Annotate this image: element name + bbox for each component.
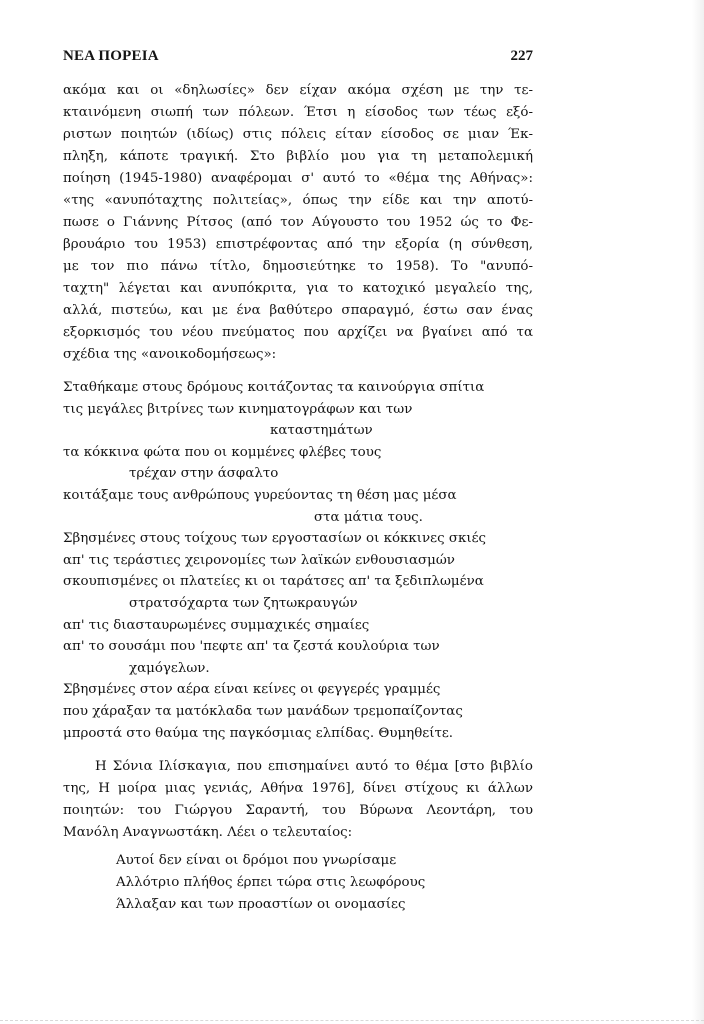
verse-line: σκουπισμένες οι πλατείες κι οι ταράτσες …: [63, 571, 543, 593]
text-line: με τον πιο πάνω τίτλο, δημοσιεύτηκε το 1…: [63, 256, 533, 278]
text-line: ακόμα και οι «δηλωσίες» δεν είχαν ακόμα …: [63, 80, 533, 102]
text-line: Η Σόνια Ιλίσκαγια, που επισημαίνει αυτό …: [63, 756, 533, 778]
verse-line: Άλλαξαν και των προαστίων οι ονομασίες: [116, 894, 425, 916]
text-line: ταχτη" λέγεται και ανυπόκριτα, για το κα…: [63, 278, 533, 300]
text-line: εξορκισμός του νέου πνεύματος που αρχίζε…: [63, 322, 533, 344]
text-line: ποιητών: του Γιώργου Σαραντή, του Βύρωνα…: [63, 800, 533, 822]
paragraph-commentary: Η Σόνια Ιλίσκαγια, που επισημαίνει αυτό …: [63, 756, 533, 844]
verse-line: Αυτοί δεν είναι οι δρόμοι που γνωρίσαμε: [116, 850, 425, 872]
text-line: αλλά, πιστεύω, και με ένα βαθύτερο σπαρα…: [63, 300, 533, 322]
page-header: ΝΕΑ ΠΟΡΕΙΑ 227: [63, 48, 533, 68]
verse-line: απ' τις διασταυρωμένες συμμαχικές σημαίε…: [63, 615, 543, 637]
text-line: πωσε ο Γιάννης Ρίτσος (από τον Αύγουστο …: [63, 212, 533, 234]
text-line: ριστων ποιητών (ιδίως) στις πόλεις είταν…: [63, 124, 533, 146]
text-line: σχέδια της «ανοικοδομήσεως»:: [63, 344, 533, 366]
text-line: πληξη, κάποτε τραγική. Στο βιβλίο μου γι…: [63, 146, 533, 168]
book-page: ΝΕΑ ΠΟΡΕΙΑ 227 ακόμα και οι «δηλωσίες» δ…: [0, 0, 704, 1024]
verse-line: τα κόκκινα φώτα που οι κομμένες φλέβες τ…: [63, 442, 543, 464]
verse-line: Σταθήκαμε στους δρόμους κοιτάζοντας τα κ…: [63, 377, 543, 399]
text-line: της, Η μοίρα μιας γενιάς, Αθήνα 1976], δ…: [63, 778, 533, 800]
text-line: βρουάριο του 1953) επιστρέφοντας από την…: [63, 234, 533, 256]
text-line: «της «ανυπόταχτης πολιτείας», όπως την ε…: [63, 190, 533, 212]
text-line: κταινόμενη σιωπή των πόλεων. Έτσι η είσο…: [63, 102, 533, 124]
paragraph-intro: ακόμα και οι «δηλωσίες» δεν είχαν ακόμα …: [63, 80, 533, 366]
verse-line: απ' τις τεράστιες χειρονομίες των λαϊκών…: [63, 550, 543, 572]
verse-line: στρατσόχαρτα των ζητωκραυγών: [63, 593, 543, 615]
verse-line: Αλλότριο πλήθος έρπει τώρα στις λεωφόρου…: [116, 872, 425, 894]
page-number: 227: [511, 48, 534, 65]
verse-line: απ' το σουσάμι που 'πεφτε απ' τα ζεστά κ…: [63, 636, 543, 658]
verse-line: κοιτάξαμε τους ανθρώπους γυρεύοντας τη θ…: [63, 485, 543, 507]
scan-bottom-edge: [0, 1020, 704, 1021]
text-line: ποίηση (1945-1980) αναφέρομαι σ' αυτό το…: [63, 168, 533, 190]
quoted-verses: Αυτοί δεν είναι οι δρόμοι που γνωρίσαμεΑ…: [116, 850, 425, 916]
verse-line: που χάραξαν τα ματόκλαδα των μανάδων τρε…: [63, 701, 543, 723]
text-line: Μανόλη Αναγνωστάκη. Λέει ο τελευταίος:: [63, 822, 533, 844]
verse-line: στα μάτια τους.: [63, 507, 543, 529]
verse-line: τις μεγάλες βιτρίνες των κινηματογράφων …: [63, 399, 543, 421]
running-head: ΝΕΑ ΠΟΡΕΙΑ: [63, 48, 159, 65]
page-edge-shadow: [692, 0, 704, 1024]
verse-line: τρέχαν στην άσφαλτο: [63, 463, 543, 485]
verse-line: Σβησμένες στον αέρα είναι κείνες οι φεγγ…: [63, 679, 543, 701]
verse-line: μπροστά στο θαύμα της παγκόσμιας ελπίδας…: [63, 723, 543, 745]
verse-line: καταστημάτων: [63, 420, 543, 442]
verse-line: Σβησμένες στους τοίχους των εργοστασίων …: [63, 528, 543, 550]
verse-line: χαμόγελων.: [63, 658, 543, 680]
poem-excerpt: Σταθήκαμε στους δρόμους κοιτάζοντας τα κ…: [63, 377, 543, 744]
